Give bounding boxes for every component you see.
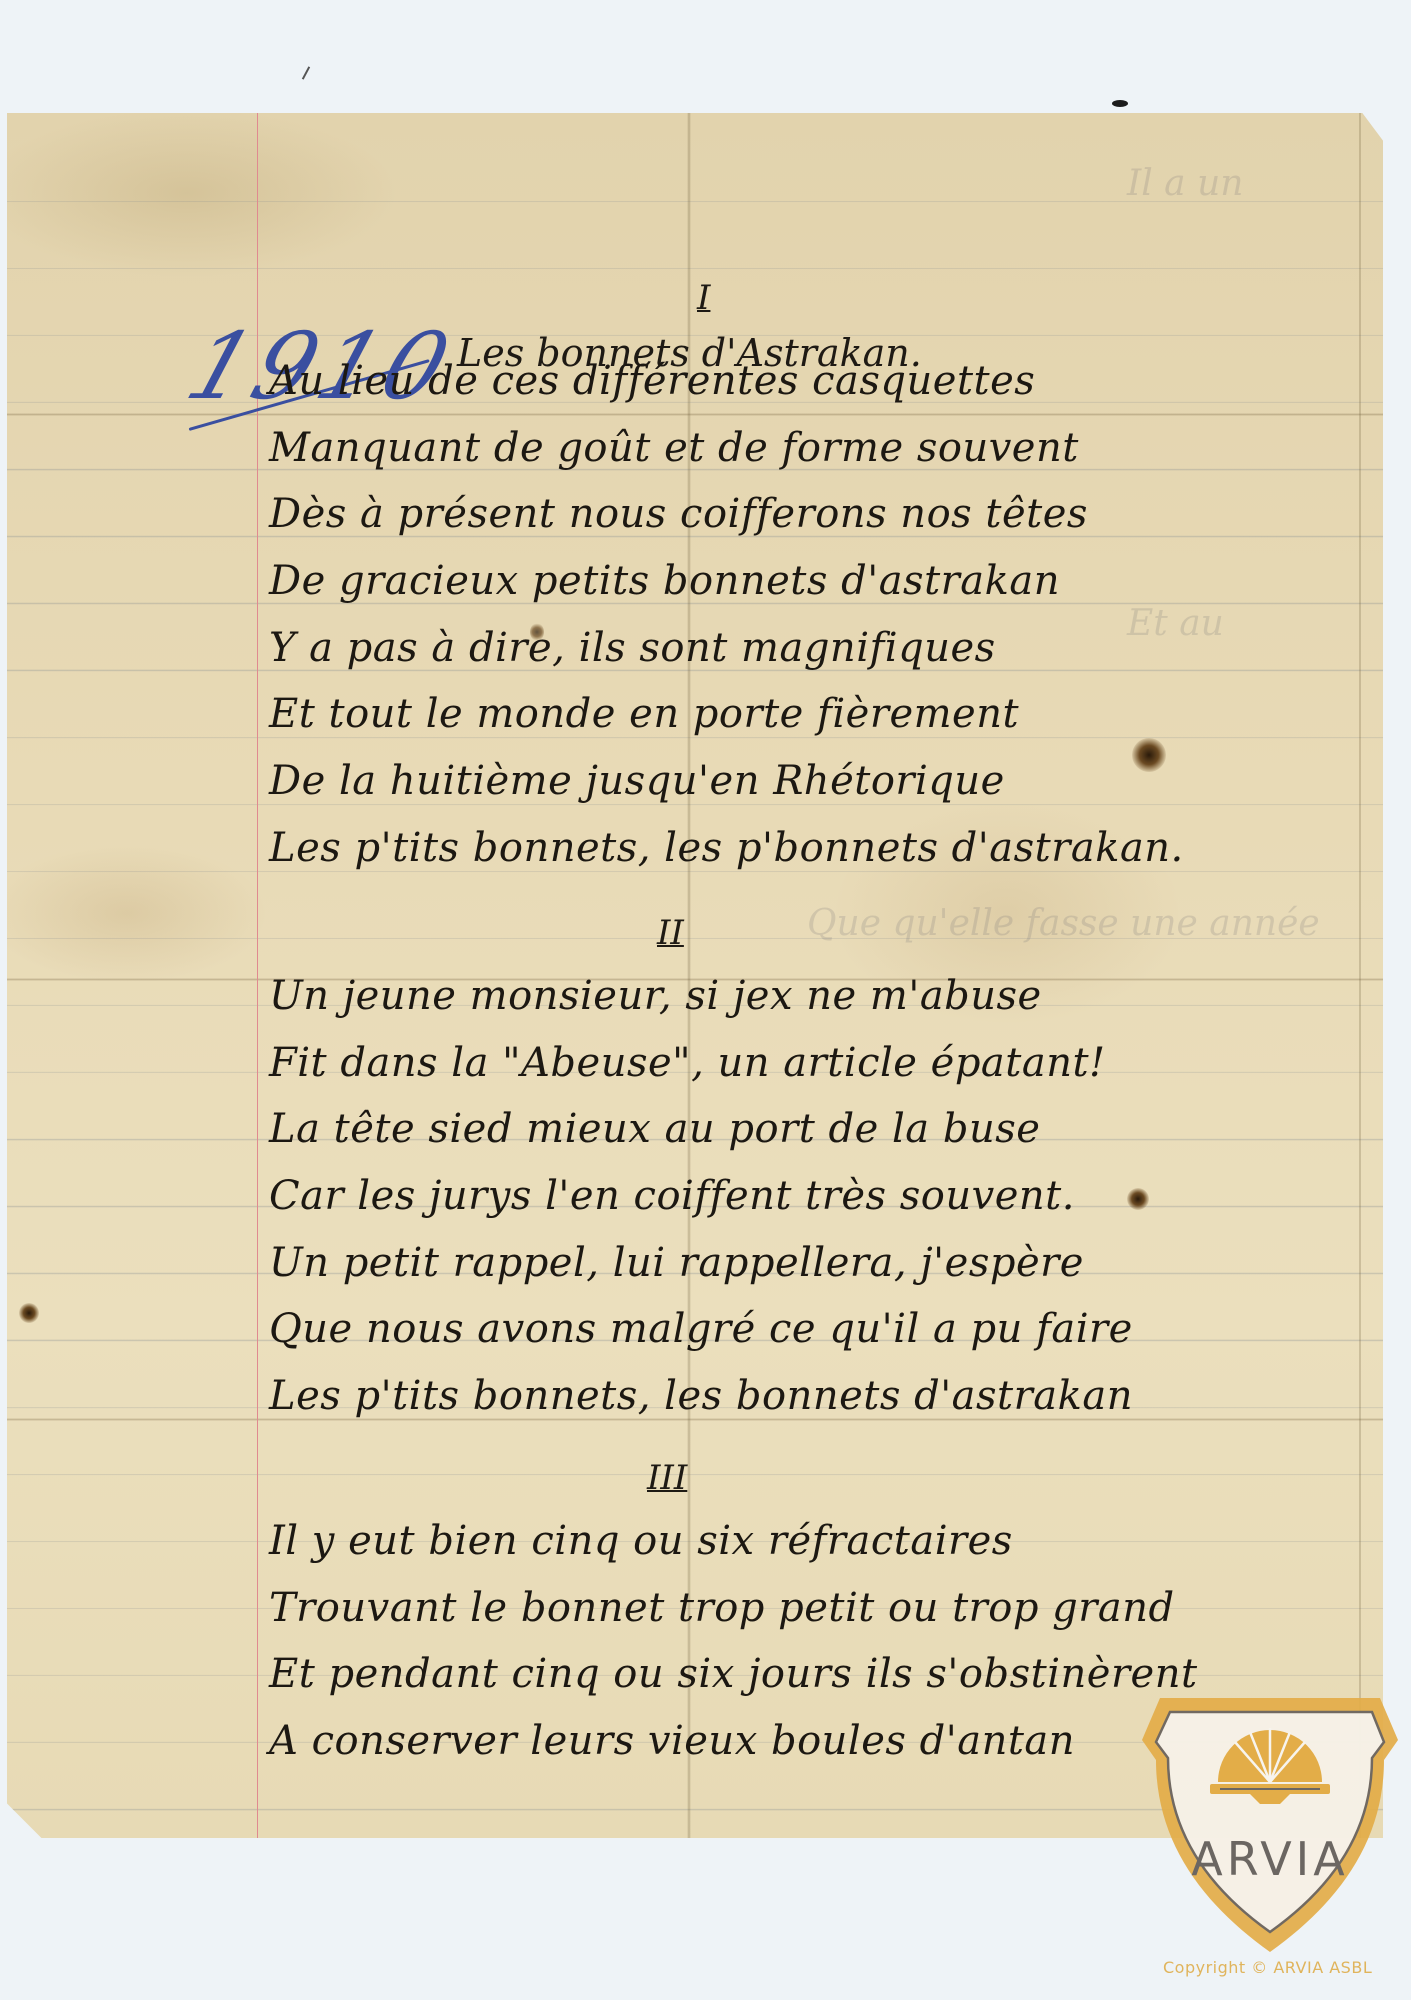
verse-line: Un jeune monsieur, si jex ne m'abuse — [269, 973, 1042, 1019]
ink-stain — [1127, 1188, 1149, 1210]
verse-line: Et pendant cinq ou six jours ils s'obsti… — [269, 1651, 1198, 1697]
verse-line: De gracieux petits bonnets d'astrakan — [269, 558, 1060, 604]
verse-line: La tête sied mieux au port de la buse — [269, 1106, 1040, 1152]
copyright-notice: Copyright © ARVIA ASBL — [1163, 1958, 1372, 1977]
verse-line: Et tout le monde en porte fièrement — [269, 691, 1019, 737]
edge-fold — [1359, 113, 1361, 1838]
verse-line: Trouvant le bonnet trop petit ou trop gr… — [269, 1585, 1175, 1631]
verse-line: Car les jurys l'en coiffent très souvent… — [269, 1173, 1075, 1219]
logo-text: ARVIA — [1191, 1832, 1348, 1886]
ink-stain — [1132, 738, 1166, 772]
verse-line: Que nous avons malgré ce qu'il a pu fair… — [269, 1306, 1133, 1352]
verse-line: Il y eut bien cinq ou six réfractaires — [269, 1518, 1013, 1564]
verse-line: De la huitième jusqu'en Rhétorique — [269, 758, 1005, 804]
stanza-numeral: II — [657, 913, 684, 953]
verse-line: Y a pas à dire, ils sont magnifiques — [269, 625, 996, 671]
arvia-logo: ARVIA — [1140, 1670, 1400, 1960]
verse-line: Au lieu de ces différentes casquettes — [269, 358, 1035, 404]
manuscript-page: Il a un Et au Que qu'elle fasse une anné… — [7, 113, 1383, 1838]
verse-line: Les p'tits bonnets, les p'bonnets d'astr… — [269, 825, 1184, 871]
ink-spot — [1112, 100, 1128, 107]
verse-line: Un petit rappel, lui rappellera, j'espèr… — [269, 1240, 1084, 1286]
verse-line: Manquant de goût et de forme souvent — [269, 425, 1079, 471]
shield-icon: ARVIA — [1140, 1670, 1400, 1960]
verse-line: Fit dans la "Abeuse", un article épatant… — [269, 1040, 1106, 1086]
verse-line: Dès à présent nous coifferons nos têtes — [269, 491, 1088, 537]
stanza-numeral: III — [647, 1458, 687, 1498]
stanza-numeral: I — [697, 278, 710, 318]
stray-mark — [302, 66, 310, 79]
verse-line: A conserver leurs vieux boules d'antan — [269, 1718, 1075, 1764]
verse-line: Les p'tits bonnets, les bonnets d'astrak… — [269, 1373, 1133, 1419]
ink-stain — [19, 1303, 39, 1323]
